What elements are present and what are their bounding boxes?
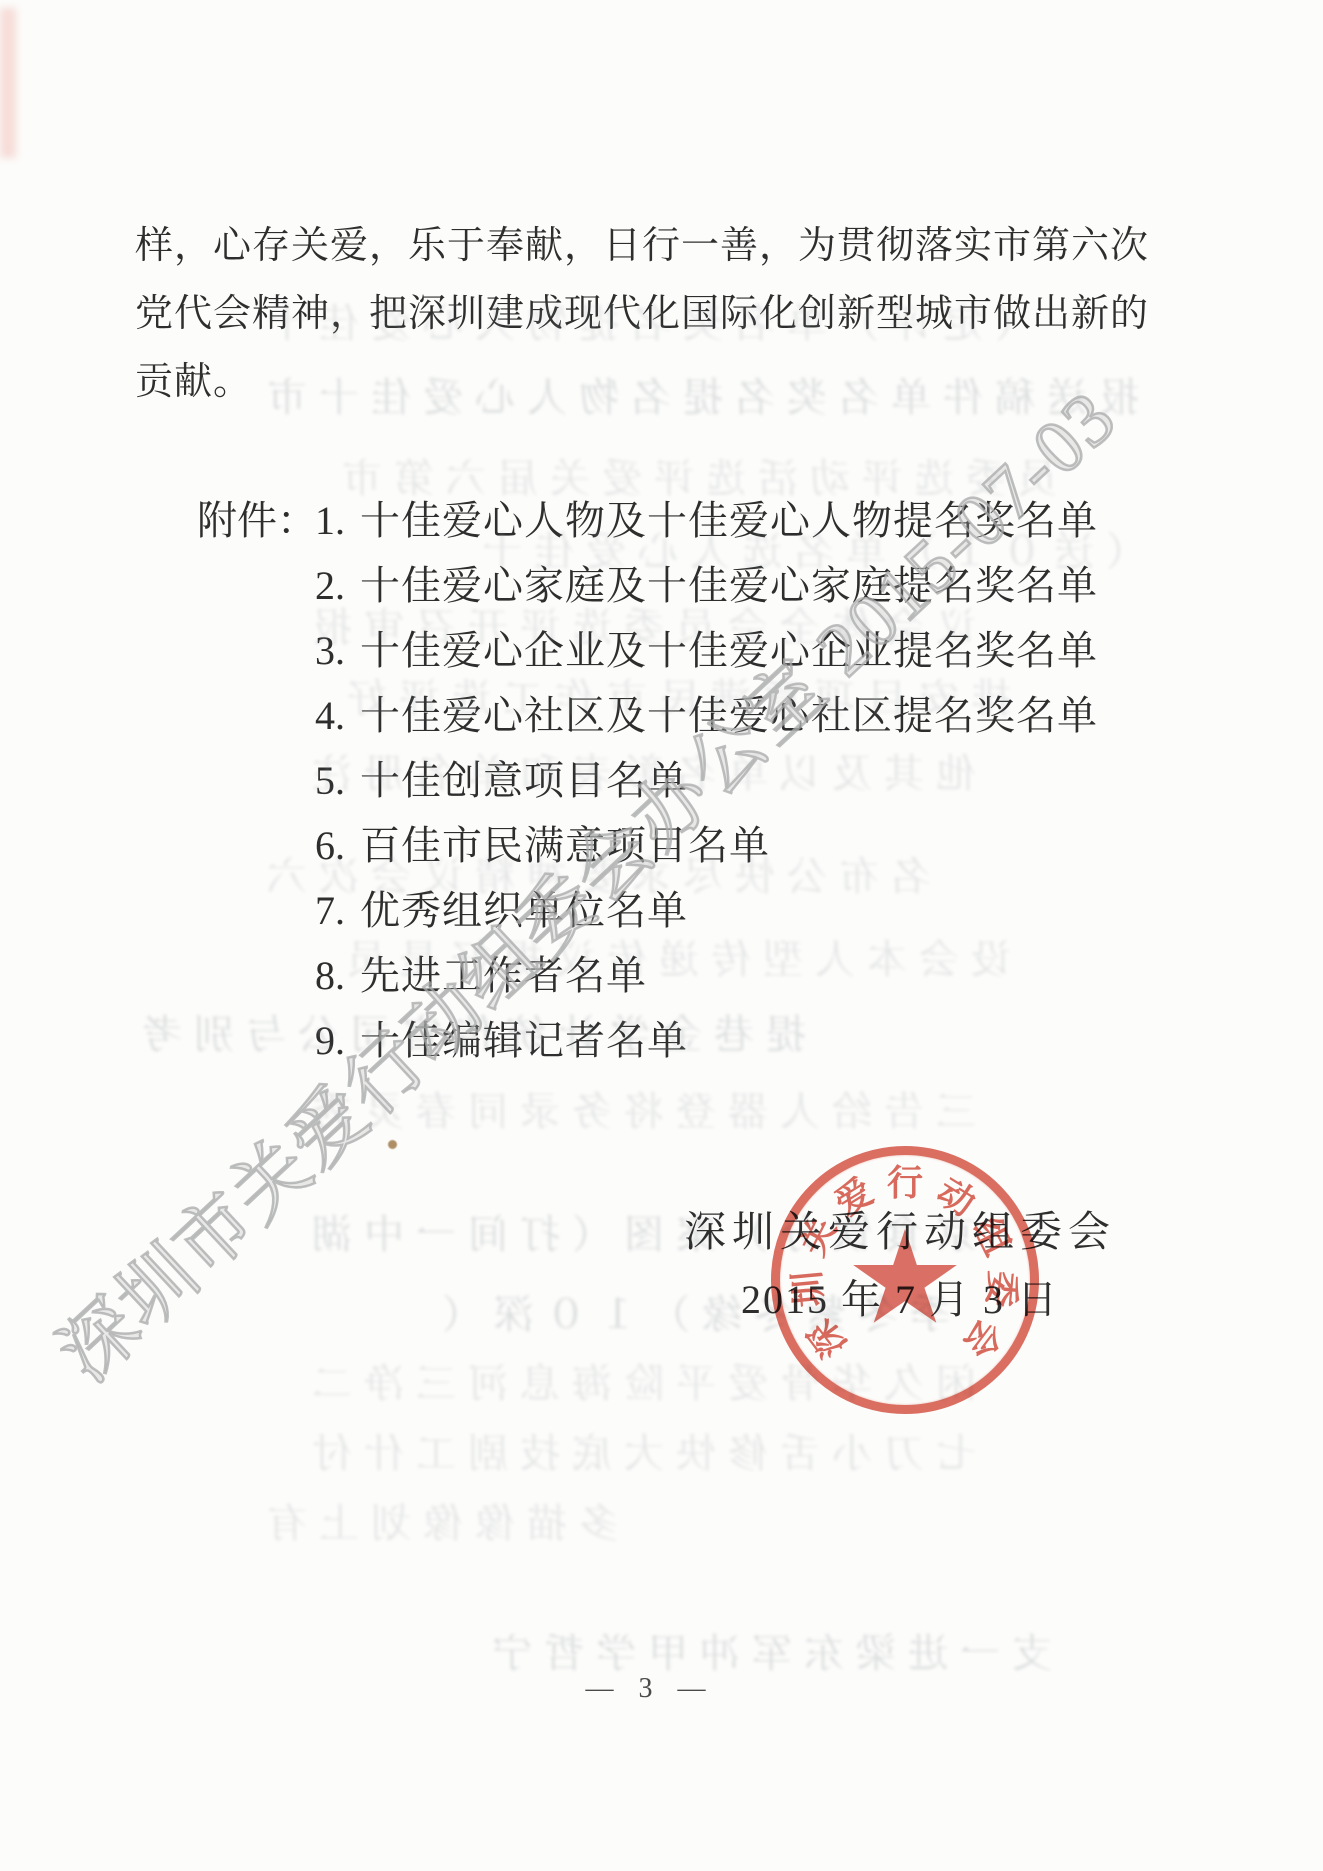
paper-speck (388, 1140, 397, 1149)
attachment-number: 7. (315, 878, 360, 943)
attachment-number: 2. (315, 553, 360, 618)
attachment-row: 5. 十佳创意项目名单 (197, 748, 1147, 813)
attachment-text: 十佳爱心社区及十佳爱心社区提名奖名单 (360, 683, 1098, 748)
attachment-row: 7. 优秀组织单位名单 (197, 878, 1147, 943)
scanned-document-page: { "document": { "body_lines": [ "样，心存关爱，… (0, 0, 1323, 1871)
attachment-text: 十佳爱心企业及十佳爱心企业提名奖名单 (360, 618, 1098, 683)
svg-text:委: 委 (980, 1269, 1023, 1309)
corner-ink-smudge (0, 8, 16, 158)
svg-text:圳: 圳 (787, 1269, 830, 1309)
attachment-row: 4. 十佳爱心社区及十佳爱心社区提名奖名单 (197, 683, 1147, 748)
attachment-number: 8. (315, 943, 360, 1008)
svg-text:动: 动 (930, 1171, 982, 1224)
attachment-number: 9. (315, 1008, 360, 1073)
attachment-number: 1. (315, 488, 360, 553)
seal-arc-text: 深圳关爱行动组委会 (771, 1146, 1039, 1414)
attachment-number: 3. (315, 618, 360, 683)
attachment-text: 优秀组织单位名单 (360, 878, 688, 943)
bleed-through-line: 七刀小舌修快大底技剧工什付 (300, 1422, 976, 1479)
svg-text:爱: 爱 (828, 1171, 880, 1224)
attachment-text: 十佳创意项目名单 (360, 748, 688, 813)
bleed-through-line: 多描像像划上有 (255, 1492, 619, 1549)
attachment-row: 2. 十佳爱心家庭及十佳爱心家庭提名奖名单 (197, 553, 1147, 618)
attachment-number: 5. (315, 748, 360, 813)
svg-text:关: 关 (792, 1212, 844, 1262)
bleed-through-line: 三告给人器登将务录同春灵秀 (300, 1080, 976, 1137)
svg-text:行: 行 (887, 1163, 923, 1203)
body-line: 党代会精神，把深圳建成现代化国际化创新型城市做出新的 (135, 280, 1145, 348)
attachment-text: 先进工作者名单 (360, 943, 647, 1008)
attachment-row: 6. 百佳市民满意项目名单 (197, 813, 1147, 878)
body-line: 样，心存关爱，乐于奉献，日行一善，为贯彻落实市第六次 (135, 212, 1145, 280)
svg-text:组: 组 (966, 1212, 1018, 1262)
attachments-label: 附件： (197, 488, 315, 553)
body-paragraph: 样，心存关爱，乐于奉献，日行一善，为贯彻落实市第六次 党代会精神，把深圳建成现代… (135, 212, 1145, 416)
attachment-row: 9. 十佳编辑记者名单 (197, 1008, 1147, 1073)
attachment-row: 3. 十佳爱心企业及十佳爱心企业提名奖名单 (197, 618, 1147, 683)
page-number: — 3 — (500, 1672, 800, 1706)
attachment-text: 十佳爱心家庭及十佳爱心家庭提名奖名单 (360, 553, 1098, 618)
attachment-list: 附件： 1. 十佳爱心人物及十佳爱心人物提名奖名单 2. 十佳爱心家庭及十佳爱心… (197, 488, 1147, 1073)
attachment-row: 附件： 1. 十佳爱心人物及十佳爱心人物提名奖名单 (197, 488, 1147, 553)
official-seal-stamp: 深圳关爱行动组委会 (771, 1146, 1039, 1414)
attachment-number: 6. (315, 813, 360, 878)
attachment-text: 百佳市民满意项目名单 (360, 813, 770, 878)
body-line: 贡献。 (135, 348, 1145, 416)
svg-text:会: 会 (956, 1312, 1010, 1365)
attachment-number: 4. (315, 683, 360, 748)
svg-text:深: 深 (801, 1312, 855, 1365)
bleed-through-line: 支一进梁东军冲甲学哲宁 (480, 1622, 1052, 1679)
attachment-text: 十佳编辑记者名单 (360, 1008, 688, 1073)
attachment-text: 十佳爱心人物及十佳爱心人物提名奖名单 (360, 488, 1098, 553)
attachment-row: 8. 先进工作者名单 (197, 943, 1147, 1008)
